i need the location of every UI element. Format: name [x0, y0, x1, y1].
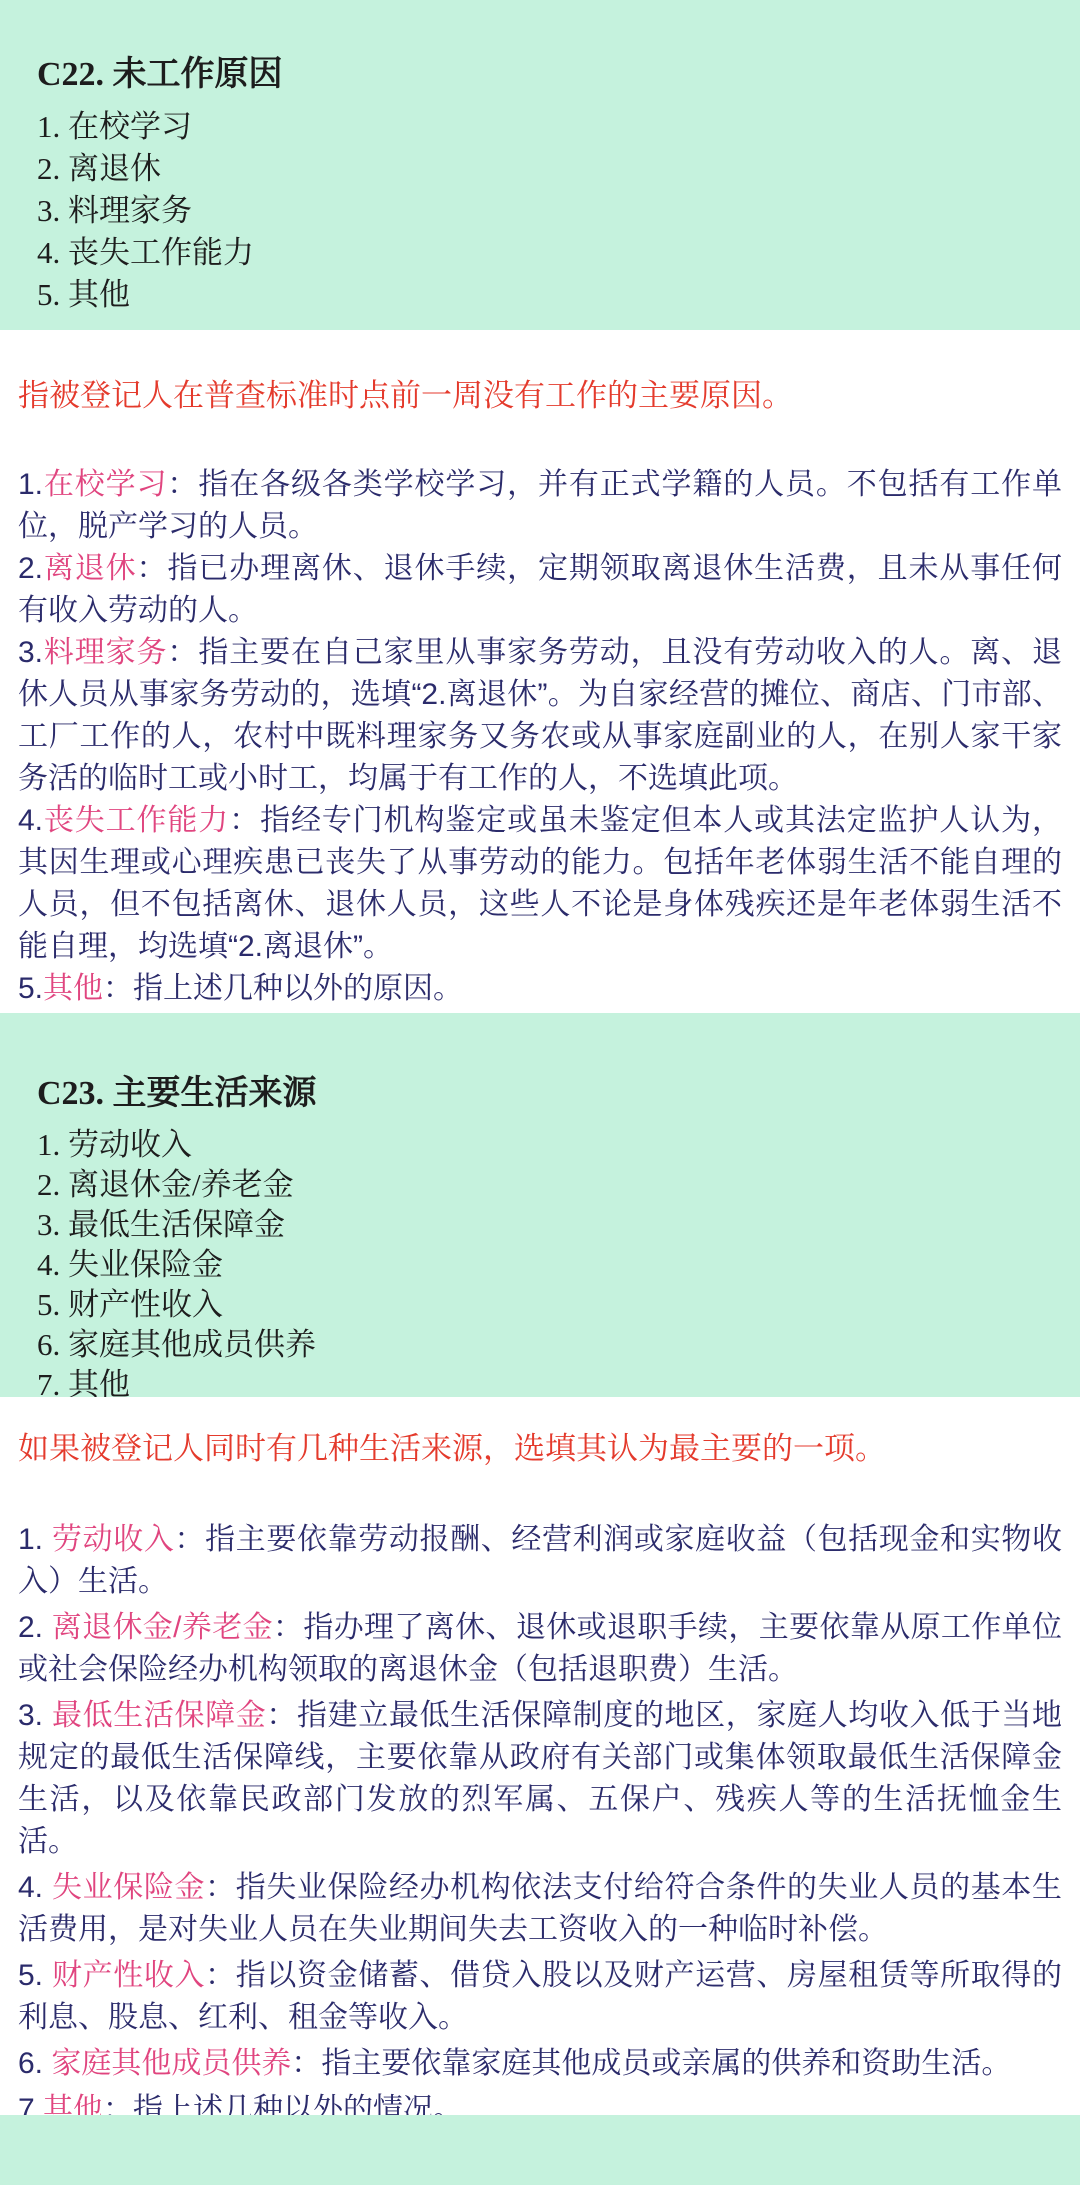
item-number: 2. — [18, 1611, 52, 1644]
item-colon: ： — [137, 552, 168, 585]
item-term: 财产性收入 — [52, 1959, 205, 1992]
item-number: 3. — [18, 1699, 52, 1732]
option-item: 3. 最低生活保障金 — [37, 1205, 1080, 1245]
option-item: 6. 家庭其他成员供养 — [37, 1325, 1080, 1365]
definition-item: 5.其他：指上述几种以外的原因。 — [18, 968, 1062, 1010]
item-term: 其他 — [43, 2093, 103, 2115]
explanation-heading-c22: 指被登记人在普查标准时点前一周没有工作的主要原因。 — [18, 330, 1062, 416]
pointer-up-triangle — [544, 1397, 622, 1402]
item-colon: ： — [103, 2093, 133, 2115]
option-item: 5. 其他 — [37, 274, 1080, 316]
item-colon: ： — [291, 2047, 321, 2080]
item-term: 丧失工作能力 — [43, 804, 229, 837]
item-colon: ： — [103, 972, 133, 1005]
definition-item: 1. 劳动收入：指主要依靠劳动报酬、经营利润或家庭收益（包括现金和实物收入）生活… — [18, 1519, 1062, 1603]
item-number: 5. — [18, 1959, 52, 1992]
definition-item: 3.料理家务：指主要在自己家里从事家务劳动，且没有劳动收入的人。离、退休人员从事… — [18, 632, 1062, 800]
item-term: 离退休金/养老金 — [52, 1611, 273, 1644]
item-number: 7. — [18, 2093, 43, 2115]
option-item: 5. 财产性收入 — [37, 1285, 1080, 1325]
item-number: 2. — [18, 552, 43, 585]
explanation-block-c22: 指被登记人在普查标准时点前一周没有工作的主要原因。 1.在校学习：指在各级各类学… — [0, 330, 1080, 1013]
question-options-c22: 1. 在校学习 2. 离退休 3. 料理家务 4. 丧失工作能力 5. 其他 — [37, 106, 1080, 316]
definition-item: 2. 离退休金/养老金：指办理了离休、退休或退职手续，主要依靠从原工作单位或社会… — [18, 1607, 1062, 1691]
definition-list-c23: 1. 劳动收入：指主要依靠劳动报酬、经营利润或家庭收益（包括现金和实物收入）生活… — [18, 1519, 1062, 2115]
question-block-c22: C22. 未工作原因 1. 在校学习 2. 离退休 3. 料理家务 4. 丧失工… — [0, 0, 1080, 330]
question-block-c23: C23. 主要生活来源 1. 劳动收入 2. 离退休金/养老金 3. 最低生活保… — [0, 1013, 1080, 1397]
question-options-c23: 1. 劳动收入 2. 离退休金/养老金 3. 最低生活保障金 4. 失业保险金 … — [37, 1125, 1080, 1397]
option-item: 4. 失业保险金 — [37, 1245, 1080, 1285]
definition-item: 1.在校学习：指在各级各类学校学习，并有正式学籍的人员。不包括有工作单位，脱产学… — [18, 464, 1062, 548]
item-term: 其他 — [43, 972, 103, 1005]
option-item: 2. 离退休 — [37, 148, 1080, 190]
definition-item: 4.丧失工作能力：指经专门机构鉴定或虽未鉴定但本人或其法定监护人认为，其因生理或… — [18, 800, 1062, 968]
question-title-c23: C23. 主要生活来源 — [37, 1013, 1080, 1113]
item-colon: ： — [205, 1871, 236, 1904]
option-item: 3. 料理家务 — [37, 190, 1080, 232]
item-definition: 指上述几种以外的情况。 — [133, 2093, 463, 2115]
item-definition: 指主要依靠家庭其他成员或亲属的供养和资助生活。 — [321, 2047, 1011, 2080]
item-number: 6. — [18, 2047, 51, 2080]
item-number: 4. — [18, 1871, 52, 1904]
item-term: 离退休 — [43, 552, 137, 585]
definition-item: 6. 家庭其他成员供养：指主要依靠家庭其他成员或亲属的供养和资助生活。 — [18, 2043, 1062, 2085]
explanation-heading-c23: 如果被登记人同时有几种生活来源，选填其认为最主要的一项。 — [18, 1397, 1062, 1469]
item-definition: 指已办理离休、退休手续，定期领取离退休生活费，且未从事任何有收入劳动的人。 — [18, 552, 1062, 627]
item-term: 最低生活保障金 — [52, 1699, 266, 1732]
item-number: 4. — [18, 804, 43, 837]
option-item: 1. 劳动收入 — [37, 1125, 1080, 1165]
definition-item: 7.其他：指上述几种以外的情况。 — [18, 2089, 1062, 2115]
item-term: 在校学习 — [43, 468, 167, 501]
option-item: 4. 丧失工作能力 — [37, 232, 1080, 274]
item-term: 料理家务 — [43, 636, 167, 669]
item-colon: ： — [167, 636, 198, 669]
definition-item: 5. 财产性收入：指以资金储蓄、借贷入股以及财产运营、房屋租赁等所取得的利息、股… — [18, 1955, 1062, 2039]
item-colon: ： — [175, 1523, 206, 1556]
item-colon: ： — [205, 1959, 236, 1992]
item-definition: 指上述几种以外的原因。 — [133, 972, 463, 1005]
option-item: 1. 在校学习 — [37, 106, 1080, 148]
definition-item: 3. 最低生活保障金：指建立最低生活保障制度的地区，家庭人均收入低于当地规定的最… — [18, 1695, 1062, 1863]
item-colon: ： — [167, 468, 198, 501]
question-title-c22: C22. 未工作原因 — [37, 0, 1080, 94]
option-item: 7. 其他 — [37, 1365, 1080, 1397]
bottom-green-strip — [0, 2115, 1080, 2185]
definition-list-c22: 1.在校学习：指在各级各类学校学习，并有正式学籍的人员。不包括有工作单位，脱产学… — [18, 464, 1062, 1010]
item-number: 3. — [18, 636, 43, 669]
item-term: 失业保险金 — [52, 1871, 205, 1904]
item-number: 1. — [18, 468, 43, 501]
item-term: 劳动收入 — [52, 1523, 175, 1556]
option-item: 2. 离退休金/养老金 — [37, 1165, 1080, 1205]
definition-item: 2.离退休：指已办理离休、退休手续，定期领取离退休生活费，且未从事任何有收入劳动… — [18, 548, 1062, 632]
item-number: 1. — [18, 1523, 52, 1556]
item-colon: ： — [229, 804, 260, 837]
item-colon: ： — [266, 1699, 297, 1732]
explanation-block-c23: 如果被登记人同时有几种生活来源，选填其认为最主要的一项。 1. 劳动收入：指主要… — [0, 1397, 1080, 2115]
item-term: 家庭其他成员供养 — [51, 2047, 291, 2080]
definition-item: 4. 失业保险金：指失业保险经办机构依法支付给符合条件的失业人员的基本生活费用，… — [18, 1867, 1062, 1951]
item-colon: ： — [273, 1611, 303, 1644]
item-number: 5. — [18, 972, 43, 1005]
